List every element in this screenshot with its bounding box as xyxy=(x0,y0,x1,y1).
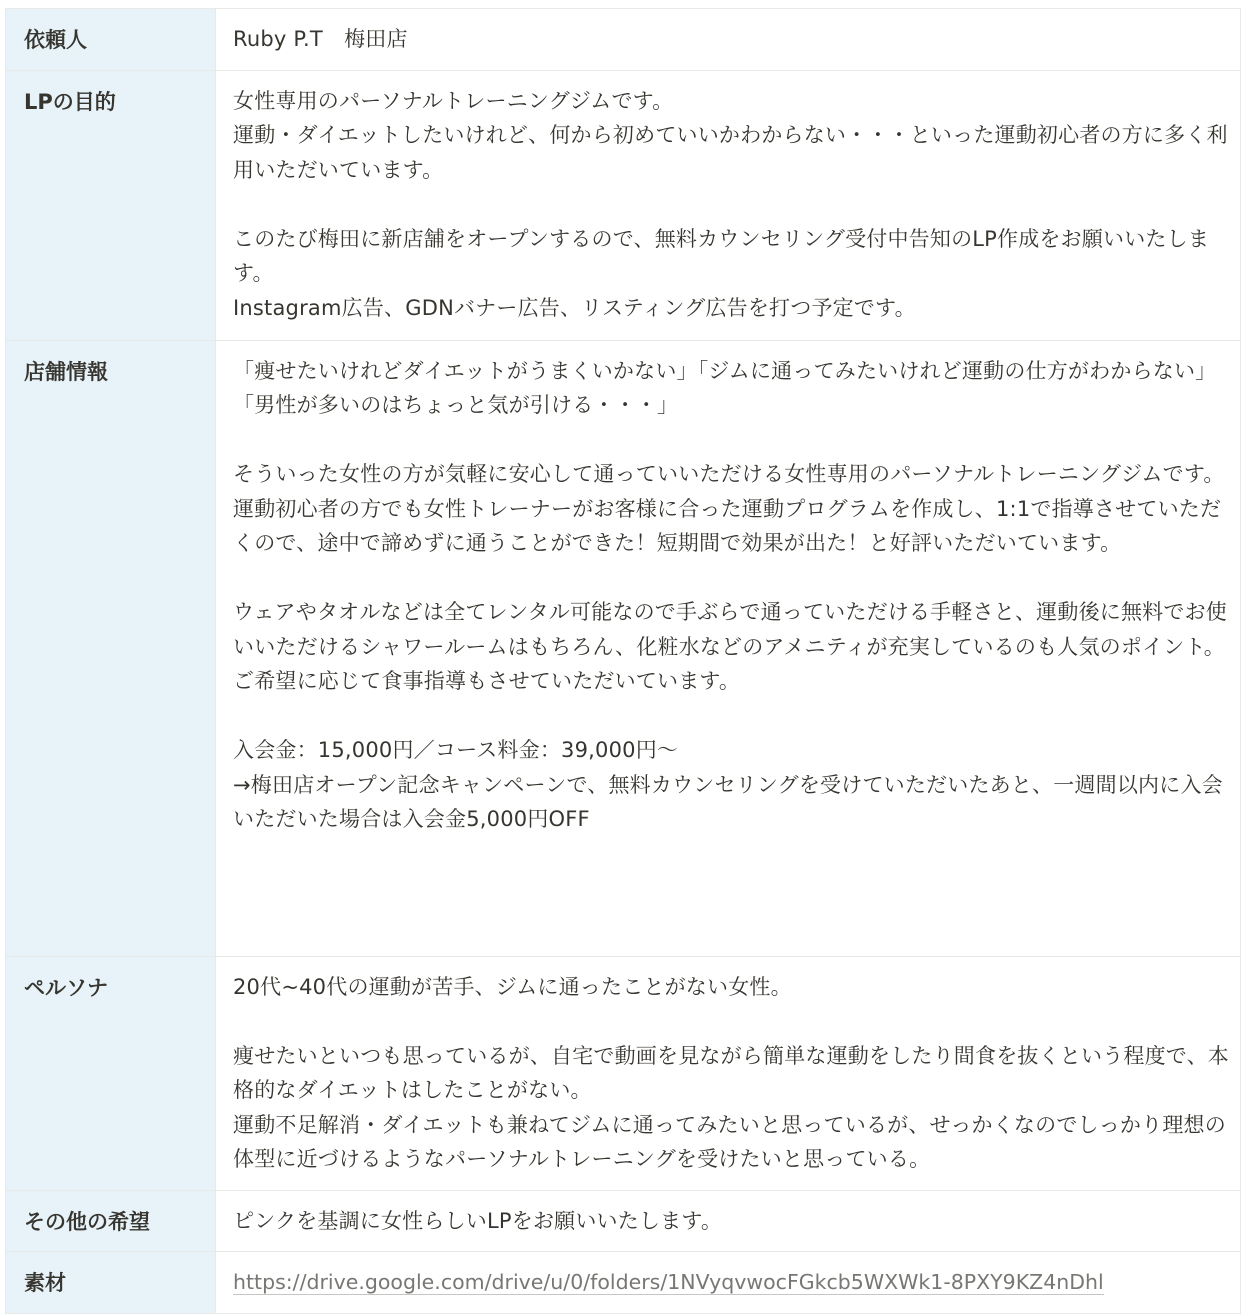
row-header: 依頼人 xyxy=(6,9,216,71)
cell-content: 女性専用のパーソナルトレーニングジムです。 運動・ダイエットしたいけれど、何から… xyxy=(216,71,1240,339)
text-line: 入会金：15,000円／コース料金：39,000円〜 xyxy=(233,733,1230,768)
table-row-persona: ペルソナ 20代~40代の運動が苦手、ジムに通ったことがない女性。 痩せたいとい… xyxy=(6,956,1241,1190)
row-header: LPの目的 xyxy=(6,70,216,340)
row-label: 素材 xyxy=(6,1250,215,1301)
table-row-store-info: 店舗情報 「痩せたいけれどダイエットがうまくいかない」「ジムに通ってみたいけれど… xyxy=(6,340,1241,956)
table-row-other-requests: その他の希望 ピンクを基調に女性らしいLPをお願いいたします。 xyxy=(6,1190,1241,1252)
text-line: そういった女性の方が気軽に安心して通っていいただける女性専用のパーソナルトレーニ… xyxy=(233,457,1230,492)
text-line: ピンクを基調に女性らしいLPをお願いいたします。 xyxy=(233,1204,1230,1239)
cell-content: 20代~40代の運動が苦手、ジムに通ったことがない女性。 痩せたいといつも思って… xyxy=(216,957,1240,1190)
cell-content: https://drive.google.com/drive/u/0/folde… xyxy=(216,1252,1240,1312)
cell-content: Ruby P.T 梅田店 xyxy=(216,9,1240,70)
text-line: 「痩せたいけれどダイエットがうまくいかない」「ジムに通ってみたいけれど運動の仕方… xyxy=(233,354,1230,423)
materials-link[interactable]: https://drive.google.com/drive/u/0/folde… xyxy=(233,1270,1104,1295)
row-value[interactable]: Ruby P.T 梅田店 xyxy=(216,9,1241,71)
text-line: 運動初心者の方でも女性トレーナーがお客様に合った運動プログラムを作成し、1:1で… xyxy=(233,492,1230,561)
row-value[interactable]: ピンクを基調に女性らしいLPをお願いいたします。 xyxy=(216,1190,1241,1252)
row-header: その他の希望 xyxy=(6,1190,216,1252)
text-line: 20代~40代の運動が苦手、ジムに通ったことがない女性。 xyxy=(233,970,1230,1005)
row-value[interactable]: 「痩せたいけれどダイエットがうまくいかない」「ジムに通ってみたいけれど運動の仕方… xyxy=(216,340,1241,956)
paragraph-gap xyxy=(233,187,1230,222)
paragraph-gap xyxy=(233,561,1230,596)
row-label: 依頼人 xyxy=(6,7,215,58)
table-row-lp-purpose: LPの目的 女性専用のパーソナルトレーニングジムです。 運動・ダイエットしたいけ… xyxy=(6,70,1241,340)
row-label: LPの目的 xyxy=(6,69,215,120)
paragraph-gap xyxy=(233,1004,1230,1039)
row-value[interactable]: 20代~40代の運動が苦手、ジムに通ったことがない女性。 痩せたいといつも思って… xyxy=(216,956,1241,1190)
row-label: その他の希望 xyxy=(6,1189,215,1240)
text-line: このたび梅田に新店舗をオープンするので、無料カウンセリング受付中告知のLP作成を… xyxy=(233,222,1230,291)
row-header: 店舗情報 xyxy=(6,340,216,956)
row-label: 店舗情報 xyxy=(6,339,215,390)
row-header: ペルソナ xyxy=(6,956,216,1190)
text-line: ウェアやタオルなどは全てレンタル可能なので手ぶらで通っていただける手軽さと、運動… xyxy=(233,595,1230,664)
row-value[interactable]: 女性専用のパーソナルトレーニングジムです。 運動・ダイエットしたいけれど、何から… xyxy=(216,70,1241,340)
text-line: 運動・ダイエットしたいけれど、何から初めていいかわからない・・・といった運動初心… xyxy=(233,118,1230,187)
paragraph-gap xyxy=(233,699,1230,734)
text-line: Instagram広告、GDNバナー広告、リスティング広告を打つ予定です。 xyxy=(233,291,1230,326)
text-line: 痩せたいといつも思っているが、自宅で動画を見ながら簡単な運動をしたり間食を抜くと… xyxy=(233,1039,1230,1108)
paragraph-gap xyxy=(233,423,1230,458)
brief-table: 依頼人 Ruby P.T 梅田店 LPの目的 女性専用のパーソナルトレーニングジ… xyxy=(5,8,1241,1312)
text-line: →梅田店オープン記念キャンペーンで、無料カウンセリングを受けていただいたあと、一… xyxy=(233,768,1230,837)
text-line: 運動不足解消・ダイエットも兼ねてジムに通ってみたいと思っているが、せっかくなので… xyxy=(233,1108,1230,1177)
text-line: ご希望に応じて食事指導もさせていただいています。 xyxy=(233,664,1230,699)
text-line: Ruby P.T 梅田店 xyxy=(233,22,1230,57)
brief-table-container: 依頼人 Ruby P.T 梅田店 LPの目的 女性専用のパーソナルトレーニングジ… xyxy=(5,8,1241,1312)
table-row-materials: 素材 https://drive.google.com/drive/u/0/fo… xyxy=(6,1252,1241,1313)
text-line: 女性専用のパーソナルトレーニングジムです。 xyxy=(233,84,1230,119)
cell-content: 「痩せたいけれどダイエットがうまくいかない」「ジムに通ってみたいけれど運動の仕方… xyxy=(216,341,1240,850)
table-row-client: 依頼人 Ruby P.T 梅田店 xyxy=(6,9,1241,71)
row-header: 素材 xyxy=(6,1252,216,1313)
row-label: ペルソナ xyxy=(6,955,215,1006)
cell-content: ピンクを基調に女性らしいLPをお願いいたします。 xyxy=(216,1191,1240,1252)
row-value[interactable]: https://drive.google.com/drive/u/0/folde… xyxy=(216,1252,1241,1313)
